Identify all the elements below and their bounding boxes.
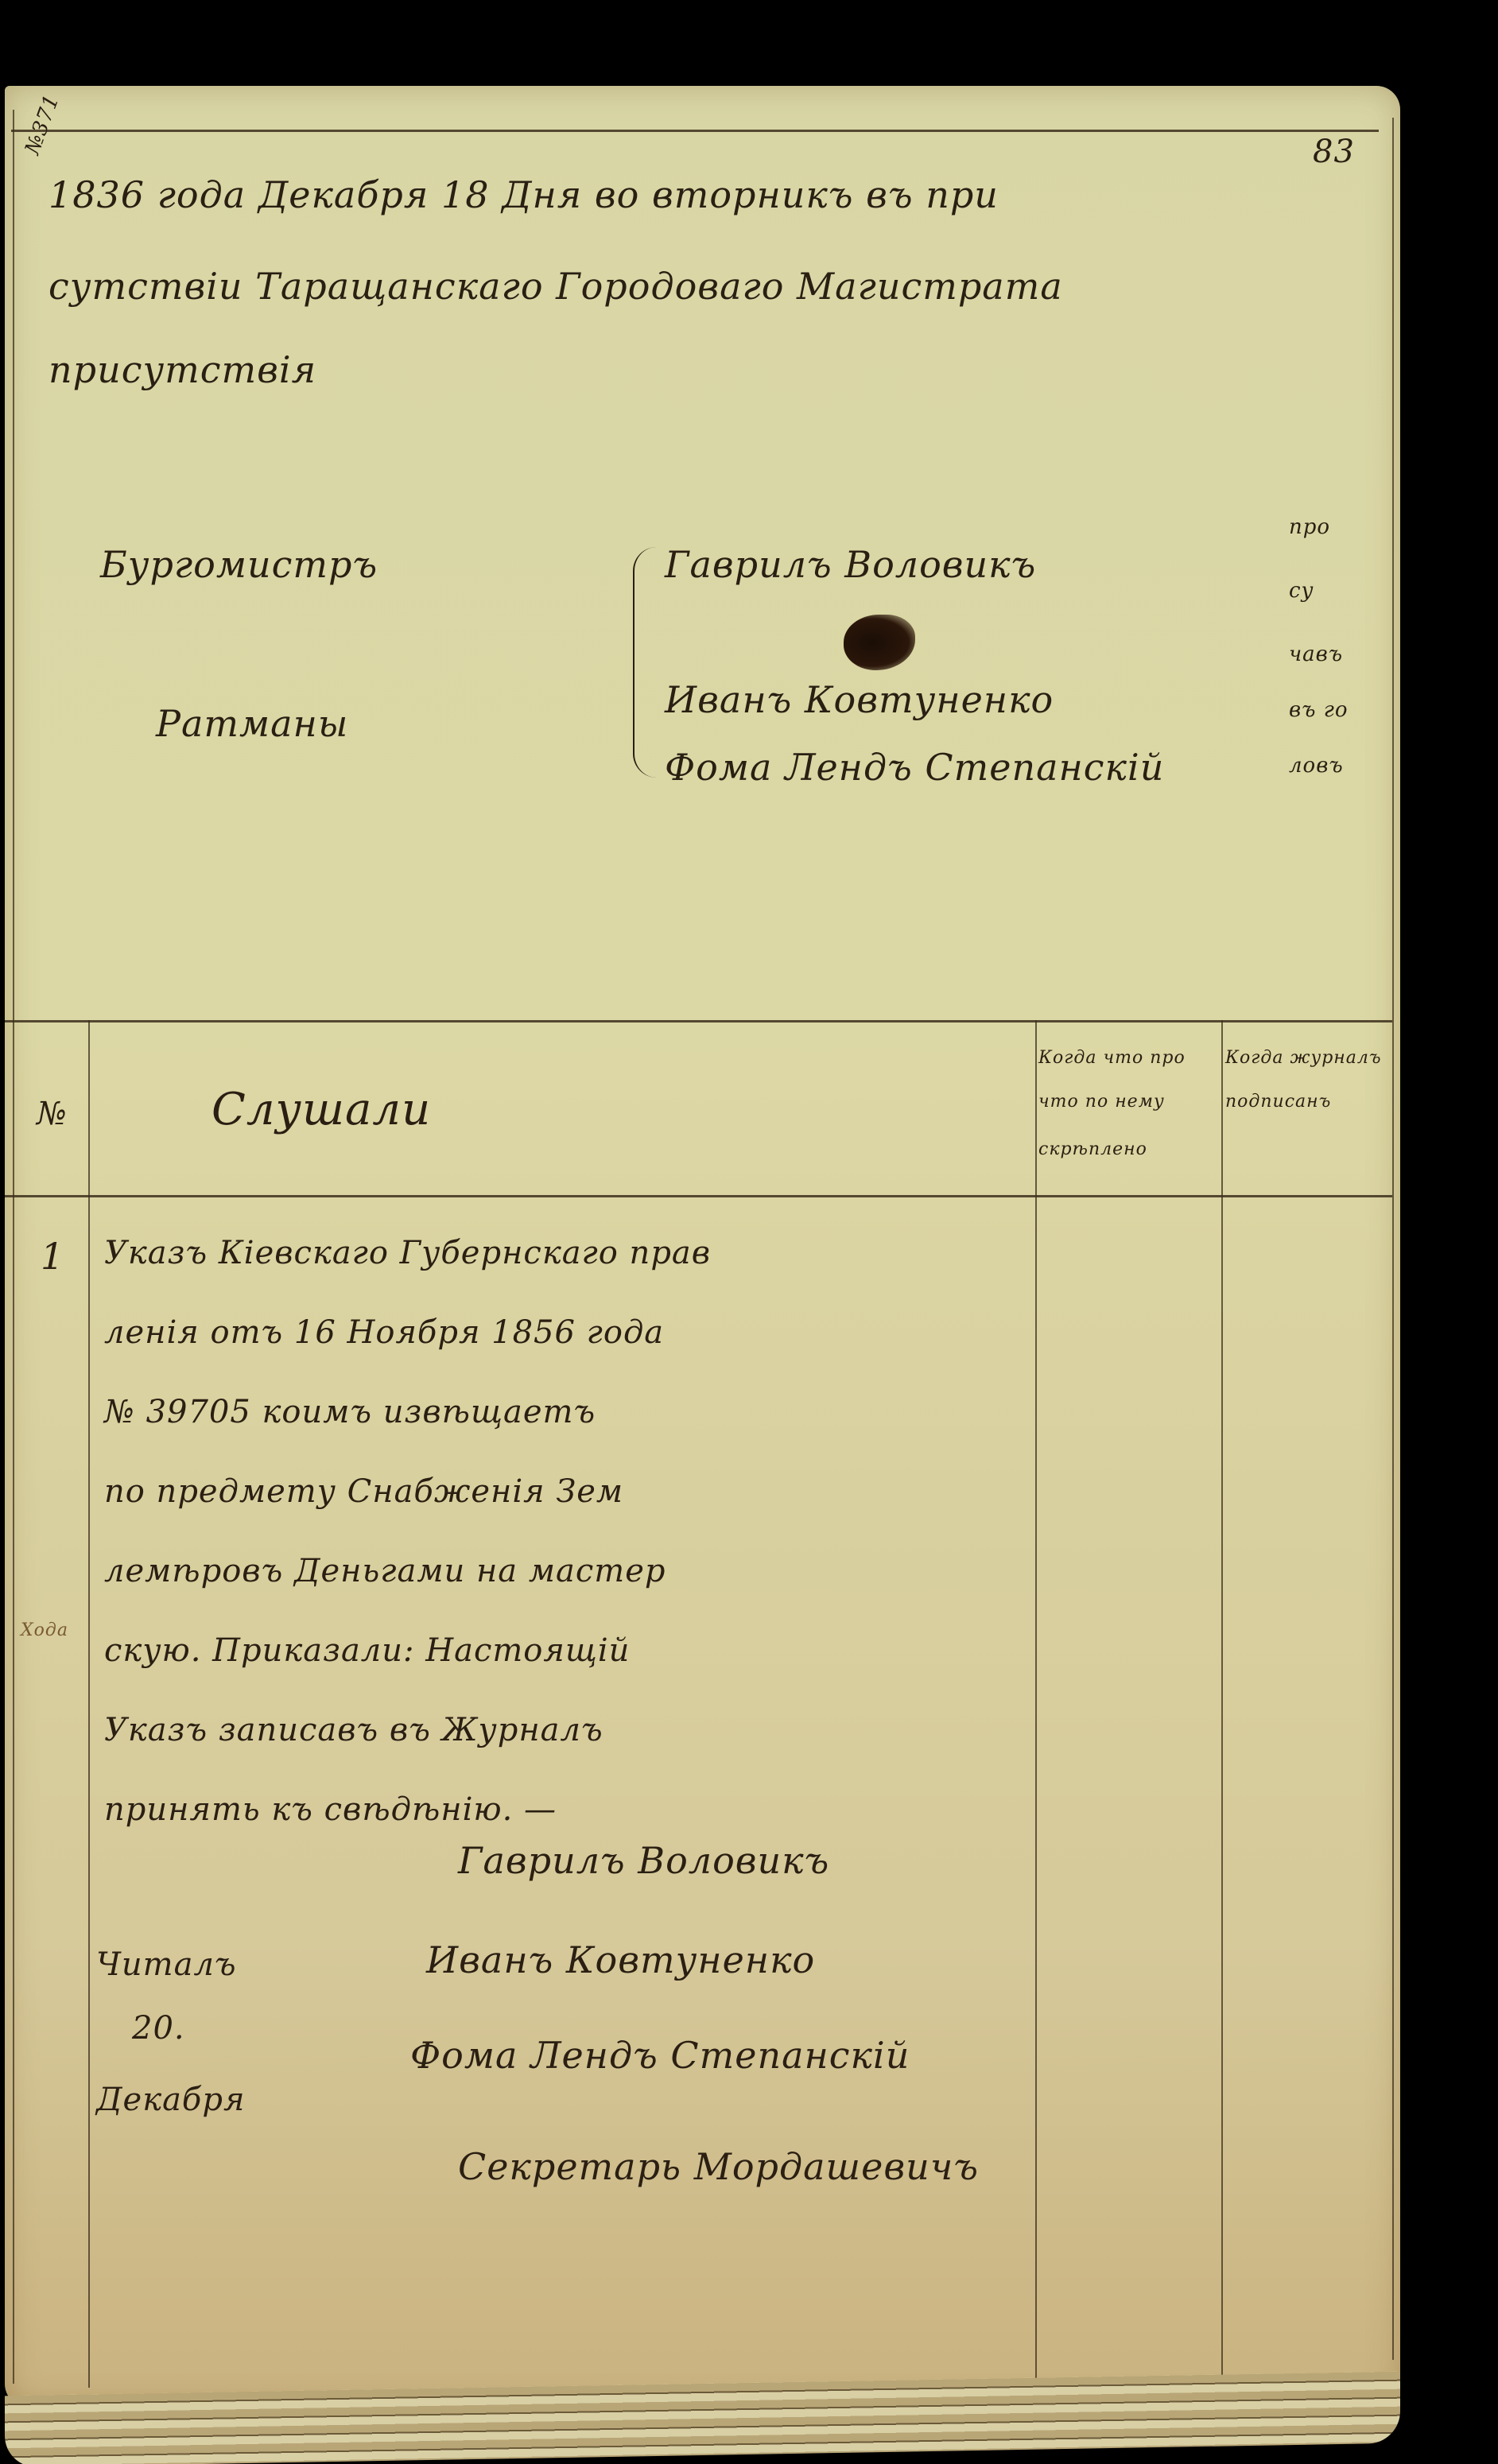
read-note-2: 20. [132, 2010, 185, 2047]
signature-2: Иванъ Ковтуненко [426, 1938, 815, 1981]
burgomaster-label: Бургомистръ [100, 543, 378, 586]
read-note-3: Декабря [96, 2082, 245, 2118]
heading-line-3: присутствія [49, 348, 316, 391]
row-1-line-5: лемѣровъ Деньгами на мастер [104, 1553, 666, 1589]
column-rule-number [88, 1020, 90, 2388]
header-when-sealed-2: что по нему [1038, 1092, 1165, 1112]
row-1-line-8: принять къ свѣдѣнію. — [104, 1791, 557, 1828]
right-margin-rule [1392, 118, 1394, 2360]
table-header-bottom-rule [5, 1195, 1392, 1197]
right-margin-note-1: про [1289, 515, 1330, 539]
top-rule [11, 130, 1379, 132]
header-when-signed-2: подписанъ [1225, 1092, 1331, 1112]
header-heard: Слушали [212, 1084, 431, 1135]
right-margin-note-4: въ го [1289, 698, 1349, 722]
right-margin-note-2: су [1289, 579, 1314, 603]
signature-3: Фома Лендъ Степанскій [410, 2034, 910, 2077]
page-number: 83 [1313, 134, 1355, 170]
header-when-sealed-1: Когда что про [1038, 1048, 1186, 1068]
row-1-line-6: скую. Приказали: Настоящій [104, 1632, 630, 1669]
burgomaster-name: Гаврилъ Воловикъ [665, 543, 1036, 586]
left-margin-rule [13, 110, 14, 2384]
header-when-signed-1: Когда журналъ [1225, 1048, 1382, 1068]
ratman-name-1: Иванъ Ковтуненко [665, 678, 1054, 721]
row-1-line-3: № 39705 коимъ извѣщаетъ [104, 1394, 596, 1430]
header-when-sealed-3: скрѣплено [1038, 1139, 1147, 1159]
heading-line-2: сутствіи Таращанскаго Городоваго Магистр… [49, 265, 1063, 308]
ratmen-label: Ратманы [156, 702, 348, 745]
attendance-brace [633, 547, 658, 778]
right-margin-note-3: чавъ [1289, 642, 1343, 666]
ink-blot [844, 615, 915, 670]
row-1-number: 1 [41, 1235, 64, 1278]
read-note-1: Читалъ [96, 1946, 237, 1983]
row-1-line-7: Указъ записавъ въ Журналъ [104, 1712, 603, 1748]
column-rule-signed [1221, 1020, 1223, 2388]
row-1-line-4: по предмету Снабженія Зем [104, 1473, 623, 1510]
table-top-rule [5, 1020, 1392, 1022]
ratman-name-2: Фома Лендъ Степанскій [665, 746, 1164, 789]
margin-number: №371 [21, 91, 64, 157]
row-1-line-1: Указъ Кіевскаго Губернскаго прав [104, 1235, 711, 1271]
heading-line-1: 1836 года Декабря 18 Дня во вторникъ въ … [49, 173, 999, 216]
row-1-margin-note: Хода [21, 1620, 68, 1640]
header-number: № [37, 1096, 68, 1132]
column-rule-sealed [1035, 1020, 1037, 2388]
right-margin-note-5: ловъ [1289, 754, 1344, 778]
row-1-line-2: ленія отъ 16 Ноября 1856 года [104, 1314, 664, 1351]
journal-page: №371 83 1836 года Декабря 18 Дня во втор… [5, 86, 1400, 2408]
signature-4: Секретарь Мордашевичъ [458, 2145, 979, 2188]
signature-1: Гаврилъ Воловикъ [458, 1839, 829, 1882]
